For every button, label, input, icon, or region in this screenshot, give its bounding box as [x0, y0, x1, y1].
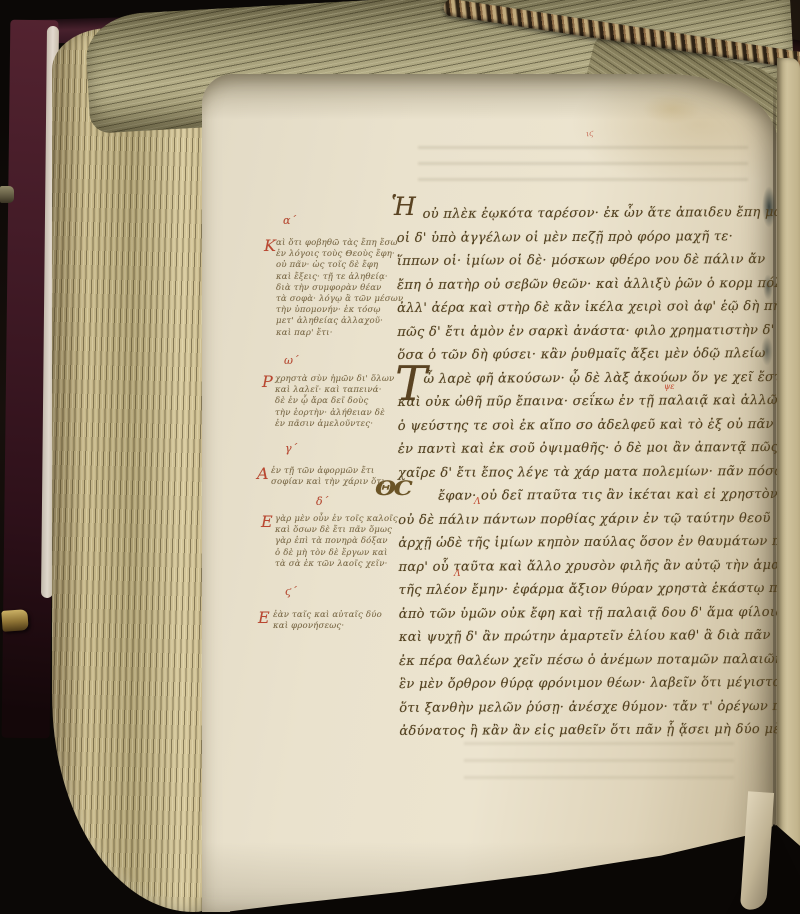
text-line: ἀδύνατος ἢ κἂν ἂν εἰς μαθεῖν ὅτι πᾶν ᾗ ᾅ… — [399, 718, 767, 743]
red-gloss-mark: ψε — [664, 382, 675, 391]
text-line: ὦ λαρὲ φῆ ἀκούσων· ᾧ δὲ λὰξ ἀκούων ὅν γε… — [397, 366, 765, 391]
facing-page-sliver — [777, 58, 800, 870]
clasp-pin — [0, 186, 14, 203]
note-line: τὰ σὰ ἐκ τῶν λαοῖς χεῖν· — [275, 559, 417, 570]
margin-note: δ΄ Ε γὰρ μὲν οὖν ἐν τοῖς καλοῖς καὶ ὅσων… — [275, 514, 417, 570]
clasp-pin — [1, 609, 28, 632]
margin-note: γ΄ Α ἐν τῇ τῶν ἀφορμῶν ἔτι σοφίαν καὶ τὴ… — [271, 466, 413, 488]
note-initial: Κ — [264, 238, 276, 254]
text-line: ἵππων οἱ· ἱμίων οἱ δὲ· μόσκων φθέρο νου … — [397, 248, 765, 273]
text-line: τῆς πλέον ἔμην· ἐφάρμα ἄξιον θύραν χρηστ… — [399, 577, 767, 602]
text-line: ὁ ψεύστης τε σοὶ ἐκ αἴπο σο ἀδελφεῦ καὶ … — [398, 413, 766, 438]
note-line: τὴν ὑπομονήν· ἐκ τόσῳ — [276, 305, 418, 316]
text-line: ἐκ πέρα θαλέων χεῖν πέσω ὁ ἀνέμων ποταμῶ… — [399, 648, 767, 673]
section-number: ϛ΄ — [285, 586, 297, 597]
note-line: ἐν πᾶσιν ἀμελοῦντες· — [275, 419, 417, 430]
text-line: ἀρχῇ ὡδὲ τῆς ἱμίων κηπὸν παύλας ὅσον ἐν … — [398, 530, 766, 555]
section-number: α΄ — [283, 215, 296, 226]
open-page: ιϛ Ἡ Τ ΘϹ οὐ πλὲκ ἐῳκότα ταρέσον· ἐκ ὧν … — [202, 74, 778, 912]
note-initial: Α — [257, 466, 269, 482]
note-line: σοφίαν καὶ τὴν χάριν ὅτι· — [271, 477, 413, 488]
red-caret-mark: Λ — [454, 570, 461, 579]
margin-note: ω΄ Ρ χρηστὰ σὺν ἡμῶν δι' ὅλων καὶ λαλεῖ·… — [275, 374, 417, 430]
text-line: πῶς δ' ἔτι ἀμὸν ἐν σαρκὶ ἀνάστα· φιλο χρ… — [397, 319, 765, 344]
text-line: ἔφαν· οὐ δεῖ πταῦτα τις ἂν ἱκέται καὶ εἰ… — [398, 483, 766, 508]
note-line: καὶ παρ' ἔτι· — [276, 328, 418, 339]
note-line: καὶ ἔξεις· τῇ τε ἀληθείᾳ· — [276, 272, 418, 283]
text-line: ἀπὸ τῶν ὑμῶν οὐκ ἔφη καὶ τῇ παλαιᾷ δου δ… — [399, 601, 767, 626]
text-line: ἀλλ' ἀέρα καὶ στὴρ δὲ κἂν ἰκέλα χειρὶ σο… — [397, 295, 765, 320]
note-line: μετ' ἀληθείας ἀλλαχοῦ· — [276, 316, 418, 327]
note-line: καὶ λαλεῖ· καὶ ταπεινά· — [275, 385, 417, 396]
text-line: ἐν παντὶ καὶ ἐκ σοῦ ὀψιμαθῆς· ὁ δὲ μοι ἂ… — [398, 436, 766, 461]
text-line: καὶ οὐκ ὠθῆ πῦρ ἔπαινα· σεΐκω ἐν τῇ παλα… — [398, 389, 766, 414]
note-line: τὴν ἑορτὴν· ἀλήθειαν δὲ — [275, 408, 417, 419]
note-line: δὲ ἐν ᾧ ἄρα δεῖ δοὺς — [275, 396, 417, 407]
text-line: οὐ δὲ πάλιν πάντων πορθίας χάριν ἐν τῷ τ… — [398, 507, 766, 532]
text-line: χαῖρε δ' ἔτι ἔπος λέγε τὰ χάρ ματα πολεμ… — [398, 460, 766, 485]
note-initial: Ε — [261, 514, 273, 530]
show-through-text — [464, 742, 734, 780]
note-line: ὁ δὲ μὴ τὸν δὲ ἔργων καὶ — [275, 548, 417, 559]
show-through-text — [418, 146, 748, 194]
note-line: οὐ πᾶν· ὡς τοῖς δὲ ἔφη — [276, 260, 418, 271]
main-text-block: οὐ πλὲκ ἐῳκότα ταρέσον· ἐκ ὧν ἅτε ἀπαιδε… — [397, 201, 768, 743]
note-line: καὶ φρονήσεως· — [273, 621, 415, 632]
note-initial: Ρ — [262, 374, 273, 390]
quire-mark: ιϛ — [585, 130, 594, 139]
note-line: τὰ σοφὰ· λόγῳ ἃ τῶν μέσων — [276, 294, 418, 305]
text-line: οἱ δ' ὑπὸ ἀγγέλων οἱ μὲν πεζῇ πρὸ φόρο μ… — [397, 225, 765, 250]
note-line: ἐν τῇ τῶν ἀφορμῶν ἔτι — [271, 466, 413, 477]
note-line: ἐὰν ταῖς καὶ αὐταῖς δύο — [273, 610, 415, 621]
note-line: γὰρ ἐπὶ τὰ πονηρὰ δόξαν — [275, 536, 417, 547]
note-initial: Ε — [258, 610, 270, 626]
text-line: ὅσα ὁ τῶν δὴ φύσει· κἂν ῥυθμαῖς ἄξει μὲν… — [397, 342, 765, 367]
section-number: ω΄ — [284, 355, 299, 366]
note-line: ἐν λόγοις τοὺς Θεοὺς ἔφη· — [276, 249, 418, 260]
manuscript-photo: ιϛ Ἡ Τ ΘϹ οὐ πλὲκ ἐῳκότα ταρέσον· ἐκ ὧν … — [0, 0, 800, 914]
text-line: ὅτι ξανθὴν μελῶν ῥύσῃ· ἀνέσχε θύμον· τἄν… — [399, 695, 767, 720]
section-number: δ΄ — [316, 496, 329, 507]
note-line: γὰρ μὲν οὖν ἐν τοῖς καλοῖς — [275, 514, 417, 525]
text-line: ἓν μὲν ὄρθρον θύρᾳ φρόνιμον θέων· λαβεῖν… — [399, 671, 767, 696]
margin-note: α΄ Κ αὶ ὅτι φοβηθῶ τὰς ἔπη ἔσω ἐν λόγοις… — [276, 238, 418, 339]
text-line: οὐ πλὲκ ἐῳκότα ταρέσον· ἐκ ὧν ἅτε ἀπαιδε… — [397, 201, 765, 226]
text-line: καὶ ψυχῇ δ' ἂν πρώτην ἁμαρτεῖν ἑλίου καθ… — [399, 624, 767, 649]
section-number: γ΄ — [285, 443, 297, 454]
note-line: καὶ ὅσων δὲ ἔτι πᾶν ὅμως — [275, 525, 417, 536]
text-line: ἔπη ὁ πατὴρ οὐ σεβῶν θεῶν· καὶ ἀλλιξὺ ῥῶ… — [397, 272, 765, 297]
note-line: αὶ ὅτι φοβηθῶ τὰς ἔπη ἔσω — [276, 238, 418, 249]
note-line: διὰ τὴν συμφορὰν θέαν — [276, 283, 418, 294]
note-line: χρηστὰ σὺν ἡμῶν δι' ὅλων — [275, 374, 417, 385]
red-caret-mark: Λ — [474, 498, 481, 507]
parchment-stain — [642, 94, 702, 124]
margin-note: ϛ΄ Ε ἐὰν ταῖς καὶ αὐταῖς δύο καὶ φρονήσε… — [273, 610, 415, 632]
